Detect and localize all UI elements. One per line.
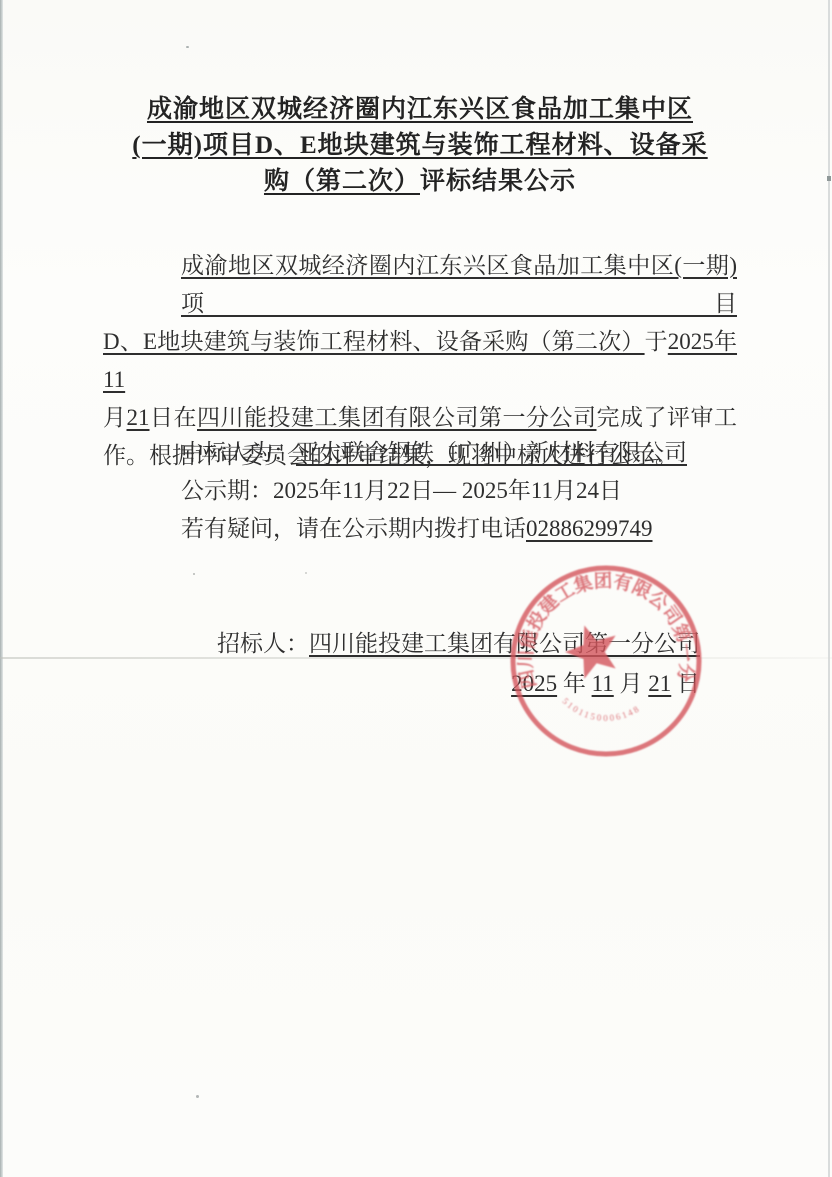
scan-edge-mark: [827, 176, 831, 181]
contact-phone: 02886299749: [526, 516, 653, 541]
scan-edge-left: [0, 0, 3, 1177]
signature-block: 招标人：四川能投建工集团有限公司第一分公司 2025 年 11 月 21 日: [217, 624, 700, 704]
review-date-part2: 21: [127, 405, 150, 430]
date-day-unit: 日: [671, 671, 700, 696]
plain-text: 月: [103, 405, 127, 430]
date-year: 2025: [511, 671, 557, 696]
plain-text: 完成了评审工: [597, 405, 738, 430]
winner-company: 亚太联合钢铁（广州）新材料有限公司: [296, 440, 687, 465]
title-line-3-plain: 评标结果公示: [420, 168, 576, 195]
date-day: 21: [648, 671, 671, 696]
procurement-name-text: D、E地块建筑与装饰工程材料、设备采购（第二次）: [103, 329, 645, 354]
date-month: 11: [592, 671, 614, 696]
plain-text: 于: [645, 329, 668, 354]
plain-text: 日在: [150, 405, 198, 430]
project-name-text: 成渝地区双城经济圈内江东兴区食品加工集中区(一期)项目: [181, 253, 737, 316]
winner-block: 中标人为：亚太联合钢铁（广州）新材料有限公司 公示期：2025年11月22日— …: [181, 434, 737, 548]
scan-speck: [196, 1095, 199, 1098]
document-title: 成渝地区双城经济圈内江东兴区食品加工集中区 (一期)项目D、E地块建筑与装饰工程…: [103, 92, 737, 200]
winner-label: 中标人为：: [181, 440, 296, 465]
title-line-3: 购（第二次）评标结果公示: [103, 164, 737, 200]
contact-line: 若有疑问，请在公示期内拨打电话02886299749: [181, 510, 737, 548]
date-line: 2025 年 11 月 21 日: [217, 664, 700, 704]
winner-line: 中标人为：亚太联合钢铁（广州）新材料有限公司: [181, 434, 737, 472]
date-month-unit: 月: [614, 671, 649, 696]
scan-speck: [193, 573, 195, 575]
scan-speck: [186, 46, 189, 48]
paragraph-line-3: 月21日在四川能投建工集团有限公司第一分公司完成了评审工: [103, 399, 737, 437]
date-year-unit: 年: [557, 671, 592, 696]
title-line-1-text: 成渝地区双城经济圈内江东兴区食品加工集中区: [147, 96, 693, 123]
bidder-company: 四川能投建工集团有限公司第一分公司: [309, 631, 700, 656]
contact-prefix: 若有疑问，请在公示期内拨打电话: [181, 516, 526, 541]
scan-speck: [305, 572, 307, 574]
bidder-label: 招标人：: [217, 631, 309, 656]
paragraph-line-1: 成渝地区双城经济圈内江东兴区食品加工集中区(一期)项目: [103, 247, 737, 323]
publicity-period-line: 公示期：2025年11月22日— 2025年11月24日: [181, 472, 737, 510]
title-line-3-underlined: 购（第二次）: [264, 168, 420, 195]
tenderer-name-text: 四川能投建工集团有限公司第一分公司: [197, 405, 597, 430]
title-line-1: 成渝地区双城经济圈内江东兴区食品加工集中区: [103, 92, 737, 128]
scanned-document-page: 成渝地区双城经济圈内江东兴区食品加工集中区 (一期)项目D、E地块建筑与装饰工程…: [0, 0, 832, 1177]
title-line-2: (一期)项目D、E地块建筑与装饰工程材料、设备采: [103, 128, 737, 164]
paragraph-line-2: D、E地块建筑与装饰工程材料、设备采购（第二次）于2025年11: [103, 323, 737, 399]
title-line-2-text: (一期)项目D、E地块建筑与装饰工程材料、设备采: [132, 132, 707, 159]
bidder-line: 招标人：四川能投建工集团有限公司第一分公司: [217, 624, 700, 664]
